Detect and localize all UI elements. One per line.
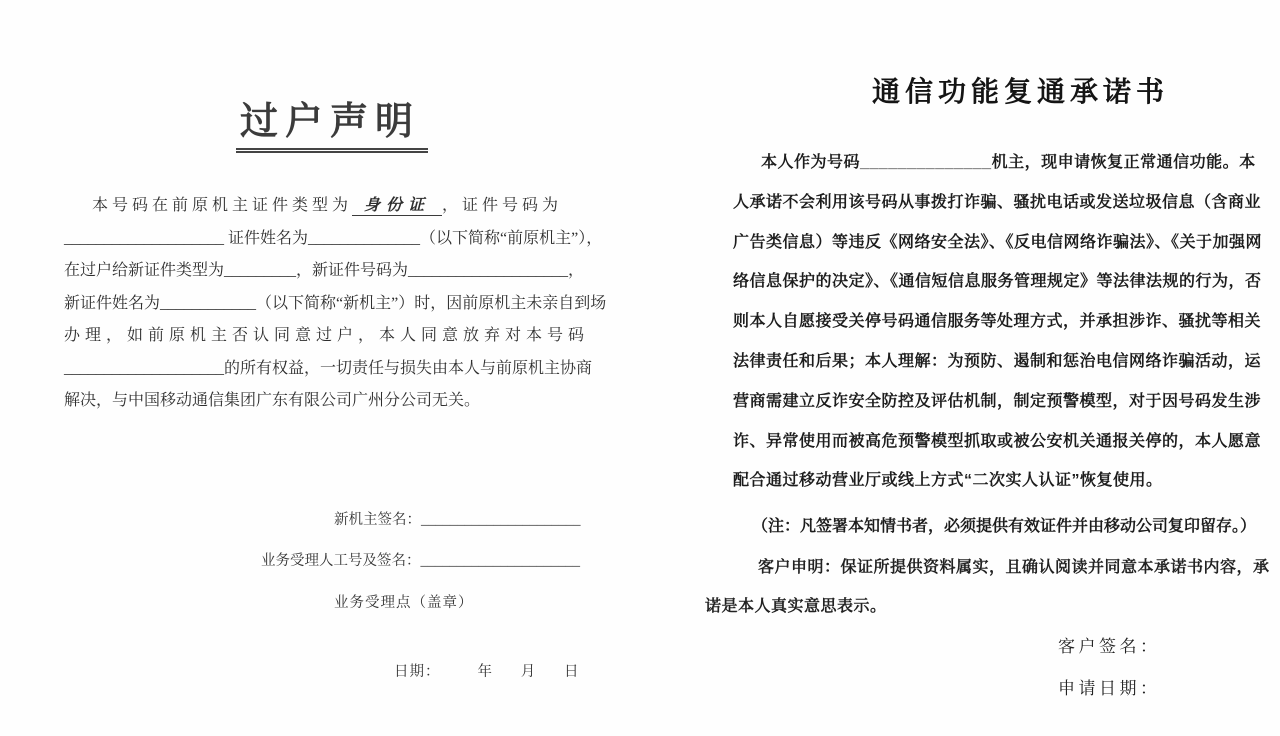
transfer-declaration-body: 本号码在前原机主证件类型为身份证，证件号码为 _________________… <box>64 190 624 418</box>
paragraph-line: 广告类信息）等违反《网络安全法》、《反电信网络诈骗法》、《关于加强网 <box>733 223 1280 263</box>
paragraph-line: 本人作为号码______________机主，现申请恢复正常通信功能。本 <box>733 143 1280 183</box>
paragraph-line: 络信息保护的决定》、《通信短信息服务管理规定》等法律法规的行为，否 <box>733 262 1280 302</box>
paragraph-line: 在过户给新证件类型为_________，新证件号码为______________… <box>64 255 624 288</box>
paragraph-line: 营商需建立反诈安全防控及评估机制，制定预警模型，对于因号码发生涉 <box>733 382 1280 422</box>
note-line: （注：凡签署本知情书者，必须提供有效证件并由移动公司复印留存。） <box>752 513 1256 536</box>
paragraph-line: 诈、异常使用而被高危预警模型抓取或被公安机关通报关停的，本人愿意 <box>733 422 1280 462</box>
new-owner-signature-blank: ______________________ <box>421 512 581 528</box>
paragraph-line: 配合通过移动营业厅或线上方式“二次实人认证”恢复使用。 <box>733 461 1280 501</box>
id-type-filled-value: 身份证 <box>352 197 442 216</box>
paragraph-line: 办理，如前原机主否认同意过户，本人同意放弃对本号码 <box>64 320 624 353</box>
transfer-declaration-title: 过户声明 <box>236 90 428 153</box>
clerk-signature-row: 业务受理人工号及签名：______________________ <box>261 549 580 570</box>
commitment-body: 本人作为号码______________机主，现申请恢复正常通信功能。本 人承诺… <box>733 143 1280 501</box>
line1-suffix: ，证件号码为 <box>442 197 562 214</box>
line1-prefix: 本号码在前原机主证件类型为 <box>92 197 352 214</box>
paragraph-line: 法律责任和后果；本人理解：为预防、遏制和惩治电信网络诈骗活动，运 <box>733 342 1280 382</box>
service-point-stamp-label: 业务受理点（盖章） <box>334 591 474 612</box>
commitment-title: 通信功能复通承诺书 <box>872 70 1169 110</box>
customer-declaration: 客户申明：保证所提供资料属实，且确认阅读并同意本承诺书内容，承 诺是本人真实意思… <box>705 548 1270 626</box>
left-date-line: 日期： 年 月 日 <box>394 660 580 681</box>
paragraph-line: 解决，与中国移动通信集团广东有限公司广州分公司无关。 <box>64 385 624 418</box>
declaration-line: 客户申明：保证所提供资料属实，且确认阅读并同意本承诺书内容，承 <box>705 548 1270 587</box>
customer-signature-label: 客户签名： <box>1058 632 1161 657</box>
clerk-signature-blank: ______________________ <box>421 553 581 569</box>
paragraph-line: 新证件姓名为____________（以下简称“新机主”）时，因前原机主未亲自到… <box>64 288 624 321</box>
clerk-signature-label: 业务受理人工号及签名： <box>261 553 421 569</box>
paragraph-line: ____________________ 证件姓名为______________… <box>64 223 624 256</box>
scanned-forms-page: 过户声明 本号码在前原机主证件类型为身份证，证件号码为 ____________… <box>0 0 1280 736</box>
paragraph-line: 本号码在前原机主证件类型为身份证，证件号码为 <box>64 190 624 223</box>
application-date-label: 申请日期： <box>1058 674 1161 699</box>
new-owner-signature-label: 新机主签名： <box>334 512 421 528</box>
declaration-line: 诺是本人真实意思表示。 <box>705 587 1270 626</box>
paragraph-line: ____________________的所有权益，一切责任与损失由本人与前原机… <box>64 353 624 386</box>
paragraph-line: 人承诺不会利用该号码从事拨打诈骗、骚扰电话或发送垃圾信息（含商业 <box>733 183 1280 223</box>
paragraph-line: 则本人自愿接受关停号码通信服务等处理方式，并承担涉诈、骚扰等相关 <box>733 302 1280 342</box>
new-owner-signature-row: 新机主签名：______________________ <box>334 508 581 529</box>
